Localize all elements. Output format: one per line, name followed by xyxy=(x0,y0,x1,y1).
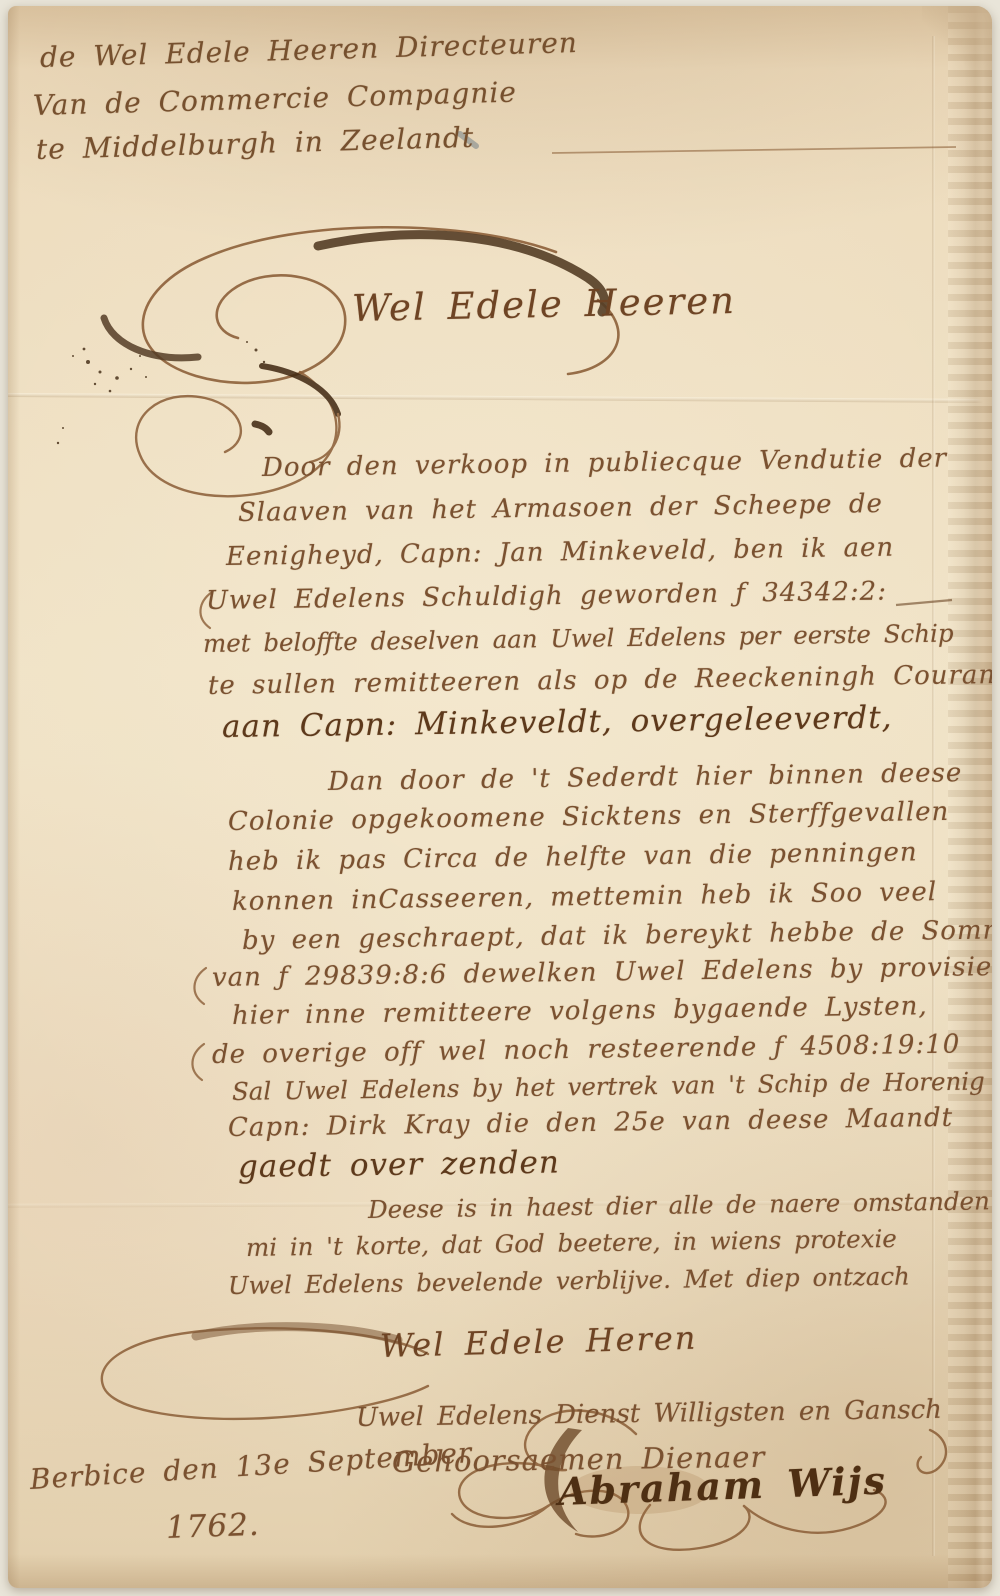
body-line: Door den verkoop in publiecque Vendutie … xyxy=(262,444,947,483)
body-line: mi in 't korte, dat God beetere, in wien… xyxy=(246,1225,897,1262)
address-line-3: te Middelburgh in Zeelandt xyxy=(36,122,475,166)
signature: Abraham Wijs xyxy=(557,1459,887,1514)
dateline-place: Berbice den 13e September xyxy=(29,1437,473,1496)
address-line-2: Van de Commercie Compagnie xyxy=(33,76,518,122)
amount-dash xyxy=(896,600,952,605)
body-line: Dan door de 't Sederdt hier binnen deese xyxy=(328,759,963,798)
body-line: te sullen remitteeren als op de Reeckeni… xyxy=(208,661,992,702)
closing-valediction: Wel Edele Heren xyxy=(380,1320,698,1365)
corner-fold xyxy=(922,6,992,76)
body-line: gaedt over zenden xyxy=(238,1146,560,1186)
heading-rule xyxy=(552,147,956,153)
salutation: Wel Edele Heeren xyxy=(352,280,737,331)
letter-sheet: de Wel Edele Heeren Directeuren Van de C… xyxy=(8,6,992,1588)
body-line: Colonie opgekoomene Sicktens en Sterffge… xyxy=(228,798,950,838)
fold-crease-vertical xyxy=(932,36,935,1556)
body-line: hier inne remitteere volgens bygaende Ly… xyxy=(232,992,928,1032)
body-line: konnen inCasseeren, mettemin heb ik Soo … xyxy=(232,878,937,918)
deckled-paper-edge xyxy=(948,6,992,1588)
dateline-year: 1762. xyxy=(165,1508,260,1547)
body-line: Deese is in haest dier alle de naere oms… xyxy=(368,1187,990,1224)
fold-crease-upper xyxy=(8,393,992,403)
address-line-1: de Wel Edele Heeren Directeuren xyxy=(40,27,579,74)
body-line: van ƒ 29839:8:6 dewelken Uwel Edelens by… xyxy=(212,953,992,994)
margin-curls xyxy=(192,592,212,1080)
body-line: de overige off wel noch resteerende ƒ 45… xyxy=(212,1031,961,1071)
body-line: Slaaven van het Armasoen der Scheepe de xyxy=(238,490,883,529)
body-line: Capn: Dirk Kray die den 25e van deese Ma… xyxy=(228,1104,954,1144)
body-line: Eenigheyd, Capn: Jan Minkeveld, ben ik a… xyxy=(226,534,895,573)
closing-line-1: Uwel Edelens Dienst Willigsten en Gansch xyxy=(356,1396,942,1434)
body-line: met beloffte deselven aan Uwel Edelens p… xyxy=(203,620,954,659)
left-paper-edge xyxy=(8,6,20,1588)
body-line: Uwel Edelens Schuldigh geworden ƒ 34342:… xyxy=(206,577,887,616)
body-line: heb ik pas Circa de helfte van die penni… xyxy=(228,838,918,878)
body-line: aan Capn: Minkeveldt, overgeleeverdt, xyxy=(222,701,893,746)
torn-bottom-edge xyxy=(8,1554,992,1588)
body-line: by een geschraept, dat ik bereykt hebbe … xyxy=(242,916,992,957)
scan-background: de Wel Edele Heeren Directeuren Van de C… xyxy=(0,0,1000,1596)
body-line: Uwel Edelens bevelende verblijve. Met di… xyxy=(228,1262,910,1300)
body-line: Sal Uwel Edelens by het vertrek van 't S… xyxy=(232,1067,985,1106)
